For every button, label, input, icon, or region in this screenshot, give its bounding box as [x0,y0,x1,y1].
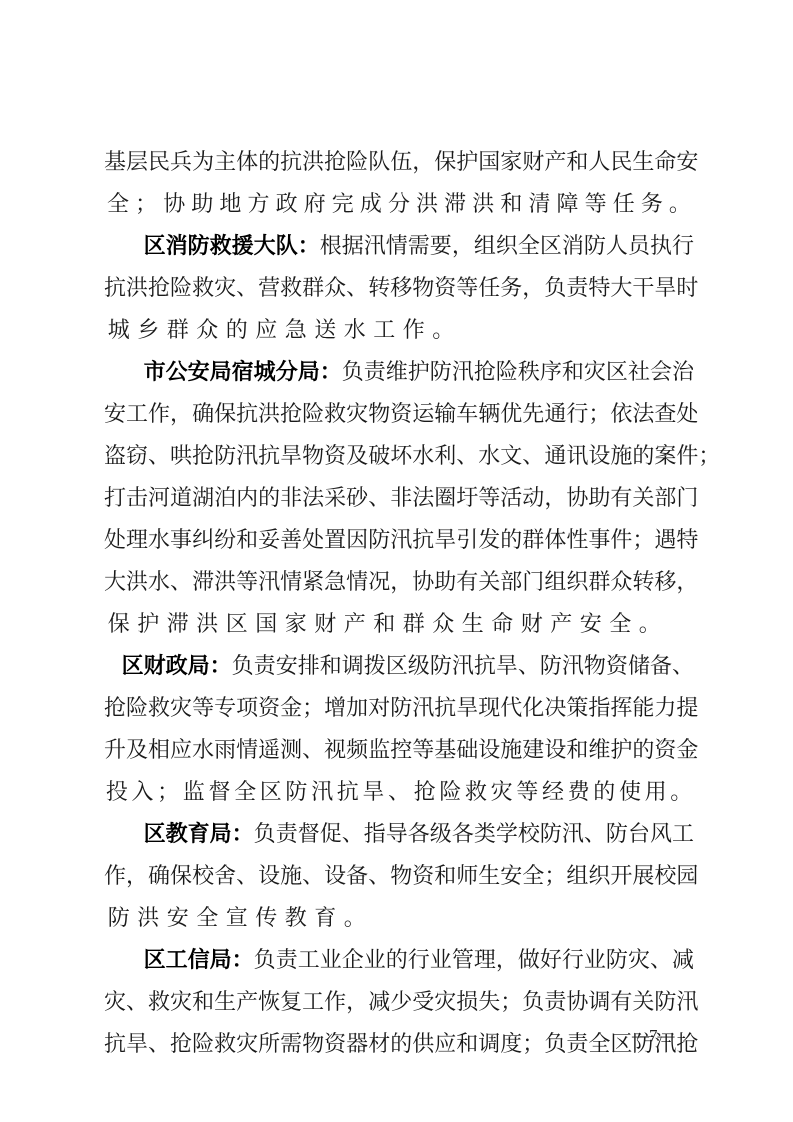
text-char: 地 [216,188,244,230]
text-char: 财 [517,608,547,650]
text-char: 抗 [412,524,434,566]
text-char: 、 [584,818,606,860]
text-char: ， [346,986,368,1028]
text-line: 区财政局：负责安排和调拨区级防汛抗旱、防汛物资储备、 [104,650,694,692]
text-char: 财 [311,608,341,650]
text-line: 作，确保校舍、设施、设备、物资和师生安全；组织开展校园 [104,860,694,902]
text-char: 和 [562,356,584,398]
text-char: 灾 [628,944,650,986]
text-char: 人 [588,146,610,188]
text-char: 会 [650,356,672,398]
text-char: 防 [606,818,628,860]
text-line: 打击河道湖泊内的非法采砂、非法圈圩等活动，协助有关部门 [104,482,694,524]
heading-char: 局 [210,818,232,860]
text-char: 少 [390,986,412,1028]
indent-space [124,356,144,398]
text-char: 有 [610,986,632,1028]
text-char: 防 [430,650,452,692]
text-char: ， [544,482,566,524]
text-char: 旱 [361,776,387,818]
text-char: 事 [588,524,610,566]
text-char: 水 [192,734,214,776]
text-char: 河 [148,482,170,524]
text-char: 有 [610,482,632,524]
text-char: 监 [368,734,390,776]
text-char: 、 [368,482,390,524]
text-char: 产 [236,986,258,1028]
text-char: 法 [632,398,654,440]
text-char: 部 [654,482,676,524]
text-char: 抗 [335,776,361,818]
text-char: 育 [311,902,341,944]
text-char: 水 [412,440,434,482]
text-char: 洪 [134,902,164,944]
indent-space [104,944,124,986]
text-char: 旱 [496,650,518,692]
text-char: 旱 [456,692,478,734]
text-char: 灾 [434,986,456,1028]
text-line: 抢险救灾等专项资金；增加对防汛抗旱现代化决策指挥能力提 [104,692,694,734]
text-char: 安 [163,902,193,944]
paragraph-continuation: 基层民兵为主体的抗洪抢险队伍，保护国家财产和人民生命安 全；协助地方政府完成分洪… [104,146,694,230]
text-char: ； [500,986,522,1028]
text-char: 、 [236,860,258,902]
text-char: 政 [273,188,301,230]
text-char: 和 [370,608,400,650]
text-char: 送 [311,314,341,356]
text-char: 管 [452,944,474,986]
text-char: 安 [104,398,126,440]
text-char: 各 [452,818,474,860]
text-char: 员 [628,230,650,272]
text-char: ， [126,860,148,902]
text-char: 督 [207,776,233,818]
text-char: 织 [496,230,518,272]
text-char: 防 [284,776,310,818]
text-char: 分 [385,188,413,230]
text-char: 全 [232,776,258,818]
text-line: 盗窃、哄抢防汛抗旱物资及破坏水利、水文、通讯设施的案件； [104,440,694,482]
text-char: 消 [562,230,584,272]
heading-char: 教 [166,818,188,860]
heading-char: 城 [254,356,276,398]
indent-space [113,650,122,692]
text-char: 移 [390,272,412,314]
text-char: 和 [497,188,525,230]
heading-char: 区 [144,230,166,272]
text-char: 灾 [346,398,368,440]
text-char: 抢 [474,356,496,398]
text-char: 门 [522,566,544,608]
indent-space [104,230,124,272]
text-char: 、 [672,650,694,692]
text-char: 全 [193,902,223,944]
heading-char: 局 [210,356,232,398]
text-char: 和 [566,734,588,776]
text-char: 项 [236,692,258,734]
text-char: 。 [666,188,694,230]
text-char: 协 [566,482,588,524]
indent-space [104,818,124,860]
text-char: 群 [588,566,610,608]
text-char: 处 [676,398,698,440]
text-char: 灾 [214,272,236,314]
text-char: ； [588,398,610,440]
text-char: 门 [676,482,698,524]
text-char: 城 [104,314,134,356]
text-char: 的 [386,944,408,986]
text-char: 应 [170,734,192,776]
text-char: 力 [654,692,676,734]
text-char: 先 [522,398,544,440]
text-char: 汛 [412,692,434,734]
text-line: 区教育局：负责督促、指导各级各类学校防汛、防台风工 [104,818,694,860]
text-char: 险 [438,776,464,818]
text-char: 时 [676,272,698,314]
text-char: 资 [258,692,280,734]
text-char: 等 [412,734,434,776]
text-char: 纠 [192,524,214,566]
text-char: 减 [672,944,694,986]
text-char: 遇 [654,524,676,566]
text-char: 利 [434,440,456,482]
text-char: 础 [456,734,478,776]
text-char: 灾 [236,1028,258,1070]
text-line: 灾、救灾和生产恢复工作，减少受灾损失；负责协调有关防汛 [104,986,694,1028]
text-char: 理 [474,944,496,986]
text-char: 汛 [562,818,584,860]
text-char: 责 [566,272,588,314]
page-number: —7— [632,1026,675,1046]
text-char: 灾 [170,692,192,734]
text-char: 备 [346,860,368,902]
text-char: 击 [126,482,148,524]
text-char: 保 [434,146,456,188]
text-char: 责 [276,818,298,860]
text-char: 和 [434,860,456,902]
text-char: 宣 [222,902,252,944]
text-char: 抗 [474,650,496,692]
indent-space [104,356,124,398]
text-line: 处理水事纠纷和妥善处置因防汛抗旱引发的群体性事件；遇特 [104,524,694,566]
text-char: 等 [236,566,258,608]
text-char: 测 [280,734,302,776]
text-char: 的 [632,734,654,776]
text-char: 现 [478,692,500,734]
text-char: 行 [408,944,430,986]
text-char: 查 [654,398,676,440]
text-char: 负 [254,818,276,860]
text-char: 府 [301,188,329,230]
text-char: ， [676,566,698,608]
text-char: 入 [130,776,156,818]
text-char: 责 [566,1028,588,1070]
text-char: 确 [148,860,170,902]
text-char: 清 [525,188,553,230]
text-char: 险 [126,692,148,734]
text-char: 和 [456,1028,478,1070]
text-char: 织 [588,860,610,902]
text-char: 物 [368,398,390,440]
text-char: 园 [676,860,698,902]
text-char: 的 [632,440,654,482]
text-char: 、 [302,860,324,902]
text-char: 雨 [214,734,236,776]
text-line: 区消防救援大队：根据汛情需要，组织全区消防人员执行 [104,230,694,272]
text-char: 伍 [390,146,412,188]
text-char: 防 [654,986,676,1028]
text-char: 命 [488,608,518,650]
text-char: 校 [192,860,214,902]
text-char: 灾 [170,986,192,1028]
text-char: 助 [188,188,216,230]
text-char: 通 [544,440,566,482]
text-char: 产 [547,608,577,650]
text-line: 安工作，确保抗洪抢险救灾物资运输车辆优先通行；依法查处 [104,398,694,440]
text-char: 和 [236,524,258,566]
text-char: 洪 [258,398,280,440]
text-char: 。 [340,902,370,944]
text-char: 所 [258,1028,280,1070]
text-char: 设 [588,440,610,482]
text-char: 区 [258,776,284,818]
text-char: 建 [522,734,544,776]
text-char: 干 [632,272,654,314]
text-char: 移 [654,566,676,608]
text-char: 事 [170,524,192,566]
text-char: 调 [342,650,364,692]
text-char: 护 [456,146,478,188]
text-char: 特 [676,524,698,566]
text-char: 保 [214,398,236,440]
text-char: 完 [329,188,357,230]
text-char: 传 [252,902,282,944]
text-char: 投 [104,776,130,818]
text-char: 泊 [214,482,236,524]
text-char: 发 [478,524,500,566]
text-char: 组 [474,230,496,272]
text-char: 法 [302,482,324,524]
text-char: 、 [650,944,672,986]
text-char: 护 [134,608,164,650]
text-char: 和 [320,650,342,692]
text-char: 作 [324,986,346,1028]
text-char: 护 [408,356,430,398]
heading-char: 局 [188,650,210,692]
text-char: 化 [522,692,544,734]
text-char: 辆 [478,398,500,440]
text-char: 责 [254,650,276,692]
heading-char: 工 [166,944,188,986]
text-char: 等 [192,692,214,734]
text-char: 旱 [434,524,456,566]
heading-char: ： [320,356,342,398]
text-char: 防 [104,902,134,944]
text-char: 抗 [236,398,258,440]
text-char: 工 [672,818,694,860]
text-line: 基层民兵为主体的抗洪抢险队伍，保护国家财产和人民生命安 [104,146,694,188]
text-char: 、 [148,1028,170,1070]
text-char: 供 [412,1028,434,1070]
text-char: 、 [342,818,364,860]
text-char: 洪 [126,566,148,608]
text-char: 业 [320,944,342,986]
text-char: 区 [610,1028,632,1070]
text-char: 材 [368,1028,390,1070]
text-char: 度 [500,1028,522,1070]
text-char: 、 [346,272,368,314]
text-char: 安 [500,860,522,902]
text-char: 负 [232,650,254,692]
text-char: 性 [566,524,588,566]
heading-char: 援 [232,230,254,272]
text-char: 用 [643,776,669,818]
text-char: 洪 [126,272,148,314]
text-char: 需 [280,1028,302,1070]
text-char: 的 [500,524,522,566]
text-char: 级 [408,650,430,692]
text-char: 资 [654,734,676,776]
text-char: 设 [544,734,566,776]
text-char: 使 [617,776,643,818]
text-char: 防 [606,944,628,986]
text-char: 急 [281,314,311,356]
text-char: ； [302,692,324,734]
heading-char: 公 [166,356,188,398]
text-char: 情 [236,734,258,776]
heading-char: 救 [210,230,232,272]
heading-char: ： [232,818,254,860]
text-char: 控 [390,734,412,776]
text-char: ， [522,272,544,314]
text-char: 、 [126,986,148,1028]
text-char: 和 [192,986,214,1028]
text-char: 生 [478,860,500,902]
text-char: ； [132,188,160,230]
text-char: 破 [368,440,390,482]
text-char: 险 [302,398,324,440]
text-char: 物 [302,440,324,482]
text-char: 各 [408,818,430,860]
text-char: 讯 [566,440,588,482]
text-char: 基 [434,734,456,776]
heading-char: 队 [276,230,298,272]
indent-space [124,818,144,860]
text-char: 滞 [163,608,193,650]
heading-char: 分 [276,356,298,398]
text-char: 展 [632,860,654,902]
text-char: 妥 [258,524,280,566]
text-char: 圩 [456,482,478,524]
text-char: 输 [434,398,456,440]
text-char: 生 [214,986,236,1028]
text-char: 旱 [654,272,676,314]
text-char: 体 [544,524,566,566]
text-char: 相 [148,734,170,776]
text-char: 区 [386,650,408,692]
text-line: 投入；监督全区防汛抗旱、抢险救灾等经费的使用。 [104,776,694,818]
text-char: 、 [302,734,324,776]
text-char: 物 [302,1028,324,1070]
text-char: 。 [429,314,459,356]
text-char: 旱 [280,440,302,482]
text-char: 因 [346,524,368,566]
text-char: 助 [588,482,610,524]
text-char: 监 [181,776,207,818]
text-char: 责 [276,944,298,986]
text-char: 治 [672,356,694,398]
text-char: 开 [610,860,632,902]
text-char: 生 [632,146,654,188]
text-char: 排 [298,650,320,692]
text-char: 众 [610,566,632,608]
text-char: 防 [540,818,562,860]
text-char: 复 [280,986,302,1028]
text-char: 作 [104,860,126,902]
text-char: 抢 [192,440,214,482]
text-char: 件 [676,440,698,482]
text-char: 。 [635,608,665,650]
heading-char: 育 [188,818,210,860]
text-char: 防 [430,356,452,398]
text-char: 救 [280,272,302,314]
text-char: 责 [544,986,566,1028]
text-char: 受 [412,986,434,1028]
text-char: 转 [368,272,390,314]
text-char: 抗 [280,146,302,188]
text-char: 对 [368,692,390,734]
text-char: 情 [346,566,368,608]
text-char: 内 [236,482,258,524]
text-char: 汛 [258,566,280,608]
text-char: 资 [412,860,434,902]
heading-char: ： [232,944,254,986]
text-line: 大洪水、滞洪等汛情紧急情况，协助有关部门组织群众转移， [104,566,694,608]
text-char: 部 [500,566,522,608]
heading-char: 财 [144,650,166,692]
text-line: 全；协助地方政府完成分洪滞洪和清障等任务。 [104,188,694,230]
text-char: 处 [104,524,126,566]
text-char: 动 [522,482,544,524]
text-line: 升及相应水雨情遥测、视频监控等基础设施建设和维护的资金 [104,734,694,776]
text-char: 促 [320,818,342,860]
text-char: 区 [222,608,252,650]
heading-char: ： [298,230,320,272]
text-char: 减 [368,986,390,1028]
text-char: ， [496,944,518,986]
text-char: 抢 [324,146,346,188]
text-char: 水 [478,440,500,482]
text-char: 国 [252,608,282,650]
text-char: 队 [368,146,390,188]
heading-char: 政 [166,650,188,692]
text-char: 资 [324,1028,346,1070]
text-char: ； [632,524,654,566]
text-char: 资 [606,650,628,692]
text-char: 决 [544,692,566,734]
text-char: 抢 [412,776,438,818]
text-char: 、 [148,440,170,482]
text-char: 设 [324,860,346,902]
text-char: 社 [628,356,650,398]
text-char: 协 [566,986,588,1028]
text-char: 及 [126,734,148,776]
text-char: 据 [342,230,364,272]
text-char: 急 [324,566,346,608]
text-char: 盗 [104,440,126,482]
text-char: 指 [364,818,386,860]
text-char: 方 [244,188,272,230]
